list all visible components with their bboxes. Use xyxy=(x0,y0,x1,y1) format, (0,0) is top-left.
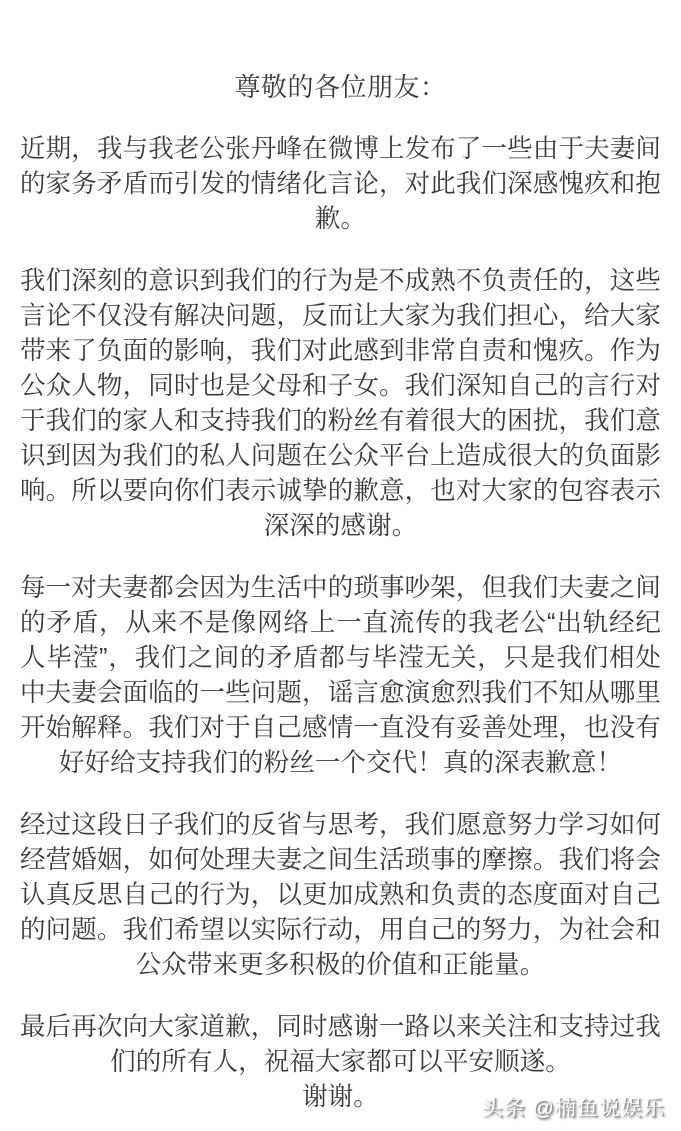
paragraph: 最后再次向大家道歉，同时感谢一路以来关注和支持过我们的所有人，祝福大家都可以平安… xyxy=(20,1010,661,1080)
paragraph: 我们深刻的意识到我们的行为是不成熟不负责任的，这些言论不仅没有解决问题，反而让大… xyxy=(20,264,661,544)
letter-title: 尊敬的各位朋友： xyxy=(20,70,661,105)
paragraph: 每一对夫妻都会因为生活中的琐事吵架，但我们夫妻之间的矛盾，从来不是像网络上一直流… xyxy=(20,571,661,781)
paragraph: 经过这段日子我们的反省与思考，我们愿意努力学习如何经营婚姻，如何处理夫妻之间生活… xyxy=(20,808,661,983)
apology-statement: 尊敬的各位朋友： 近期，我与我老公张丹峰在微博上发布了一些由于夫妻间的家务矛盾而… xyxy=(0,0,681,1131)
letter-body: 近期，我与我老公张丹峰在微博上发布了一些由于夫妻间的家务矛盾而引发的情绪化言论，… xyxy=(20,132,661,1080)
toutiao-watermark: 头条 @楠鱼说娱乐 xyxy=(482,1097,665,1121)
paragraph: 近期，我与我老公张丹峰在微博上发布了一些由于夫妻间的家务矛盾而引发的情绪化言论，… xyxy=(20,132,661,237)
